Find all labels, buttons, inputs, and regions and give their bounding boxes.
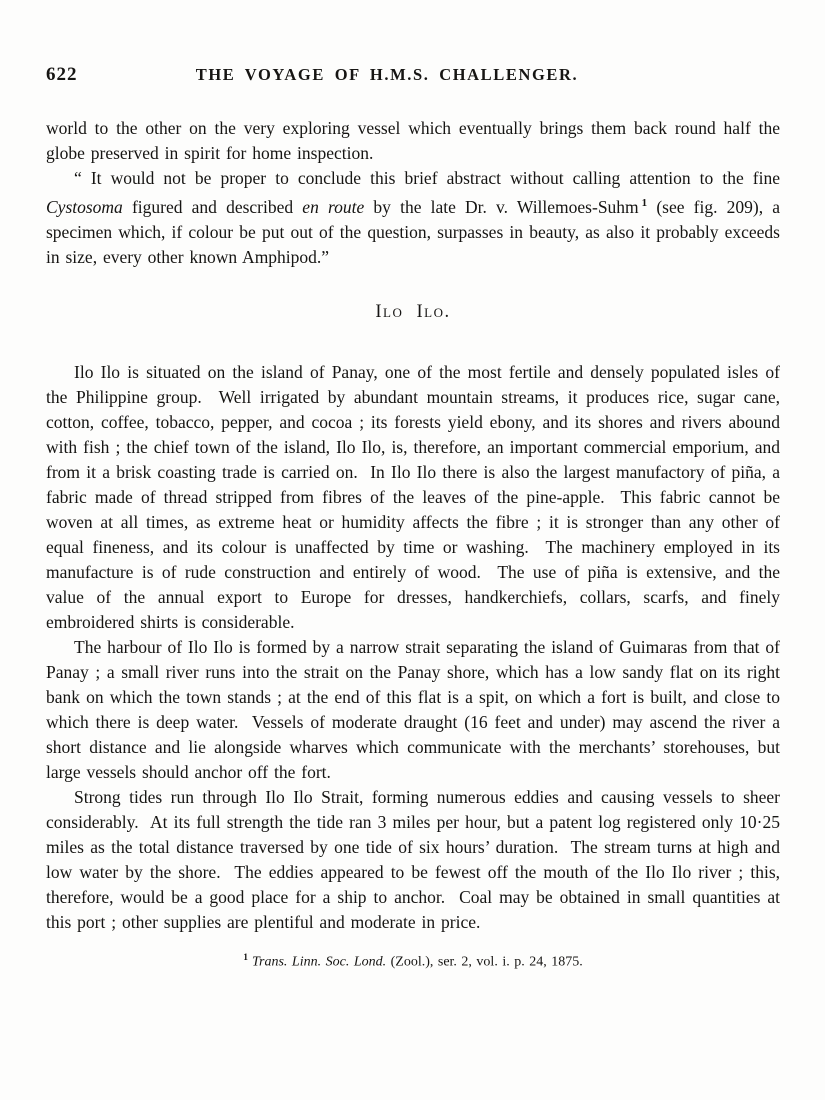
page-body: world to the other on the very exploring…	[46, 116, 780, 935]
en-route-italic: en route	[302, 197, 364, 217]
footnote-marker: 1	[243, 953, 248, 963]
quote-text-mid2: by the late Dr. v. Willemoes-Suhm	[364, 197, 638, 217]
paragraph-continuation: world to the other on the very exploring…	[46, 116, 780, 166]
running-header: 622 THE VOYAGE OF H.M.S. CHALLENGER.	[46, 64, 780, 88]
book-page: 622 THE VOYAGE OF H.M.S. CHALLENGER. wor…	[0, 0, 825, 1100]
species-name-italic: Cystosoma	[46, 197, 123, 217]
section-heading: Ilo Ilo.	[46, 300, 780, 324]
footnote-source-rest: (Zool.), ser. 2, vol. i. p. 24, 1875.	[386, 954, 583, 969]
paragraph-ilo-description: Ilo Ilo is situated on the island of Pan…	[46, 360, 780, 635]
quote-text-mid1: figured and described	[123, 197, 302, 217]
footnote-source-italic: Trans. Linn. Soc. Lond.	[252, 954, 386, 969]
quote-text-open: “ It would not be proper to conclude thi…	[74, 168, 780, 188]
footnote: 1Trans. Linn. Soc. Lond. (Zool.), ser. 2…	[46, 949, 780, 972]
paragraph-harbour: The harbour of Ilo Ilo is formed by a na…	[46, 635, 780, 785]
page-content: 622 THE VOYAGE OF H.M.S. CHALLENGER. wor…	[0, 0, 825, 971]
paragraph-quote: “ It would not be proper to conclude thi…	[46, 166, 780, 270]
running-title: THE VOYAGE OF H.M.S. CHALLENGER.	[20, 65, 754, 85]
paragraph-tides: Strong tides run through Ilo Ilo Strait,…	[46, 785, 780, 935]
